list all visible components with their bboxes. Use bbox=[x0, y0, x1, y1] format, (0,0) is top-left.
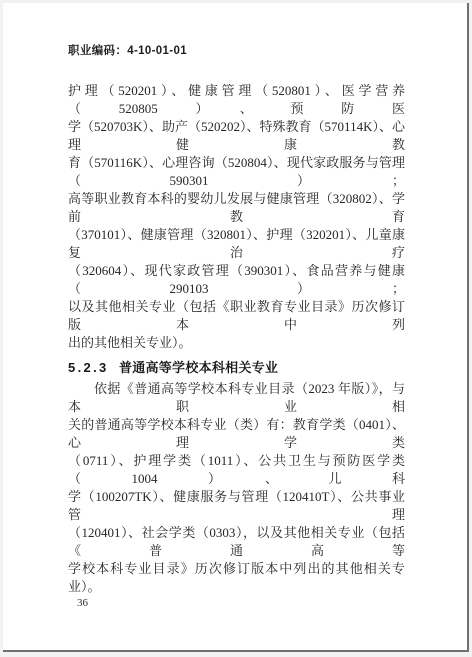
text-line: （320604）、现代家政管理（390301）、食品营养与健康（290103）； bbox=[68, 262, 405, 298]
text-line: 学（520703K）、助产（520202）、特殊教育（570114K）、心理健康… bbox=[68, 118, 405, 154]
paragraph-vocational-related-majors: 护理（520201）、健康管理（520801）、医学营养（520805）、预防医… bbox=[68, 82, 405, 352]
text-line: 学校本科专业目录》历次修订版本中列出的其他相关专业）。 bbox=[68, 560, 405, 596]
section-heading: 5.2.3普通高等学校本科相关专业 bbox=[68, 359, 405, 377]
text-line: （0711）、护理学类（1011）、公共卫生与预防医学类（1004）、儿科 bbox=[68, 452, 405, 488]
text-line: （120401）、社会学类（0303），以及其他相关专业（包括《普通高等 bbox=[68, 524, 405, 560]
text-line: 出的其他相关专业）。 bbox=[68, 334, 405, 352]
text-line: 护理（520201）、健康管理（520801）、医学营养（520805）、预防医 bbox=[68, 82, 405, 118]
section-number: 5.2.3 bbox=[68, 360, 109, 375]
text-line: 依据《普通高等学校本科专业目录（2023 年版）》，与本职业相 bbox=[68, 380, 405, 416]
paragraph-undergraduate-related-majors: 依据《普通高等学校本科专业目录（2023 年版）》，与本职业相 关的普通高等学校… bbox=[68, 380, 405, 596]
page-number: 36 bbox=[77, 597, 88, 609]
document-page: 职业编码：4-10-01-01 护理（520201）、健康管理（520801）、… bbox=[3, 3, 469, 652]
text-line: （370101）、健康管理（320801）、护理（320201）、儿童康复治疗 bbox=[68, 226, 405, 262]
page-content: 护理（520201）、健康管理（520801）、医学营养（520805）、预防医… bbox=[68, 82, 405, 596]
section-title: 普通高等学校本科相关专业 bbox=[119, 360, 278, 375]
text-line: 高等职业教育本科的婴幼儿发展与健康管理（320802）、学前教育 bbox=[68, 190, 405, 226]
text-line: 关的普通高等学校本科专业（类）有：教育学类（0401）、心理学类 bbox=[68, 416, 405, 452]
text-line: 育（570116K）、心理咨询（520804）、现代家政服务与管理（590301… bbox=[68, 154, 405, 190]
text-line: 以及其他相关专业（包括《职业教育专业目录》历次修订版本中列 bbox=[68, 298, 405, 334]
occupation-code-header: 职业编码：4-10-01-01 bbox=[68, 42, 187, 58]
text-line: 学（100207TK）、健康服务与管理（120410T）、公共事业管理 bbox=[68, 488, 405, 524]
